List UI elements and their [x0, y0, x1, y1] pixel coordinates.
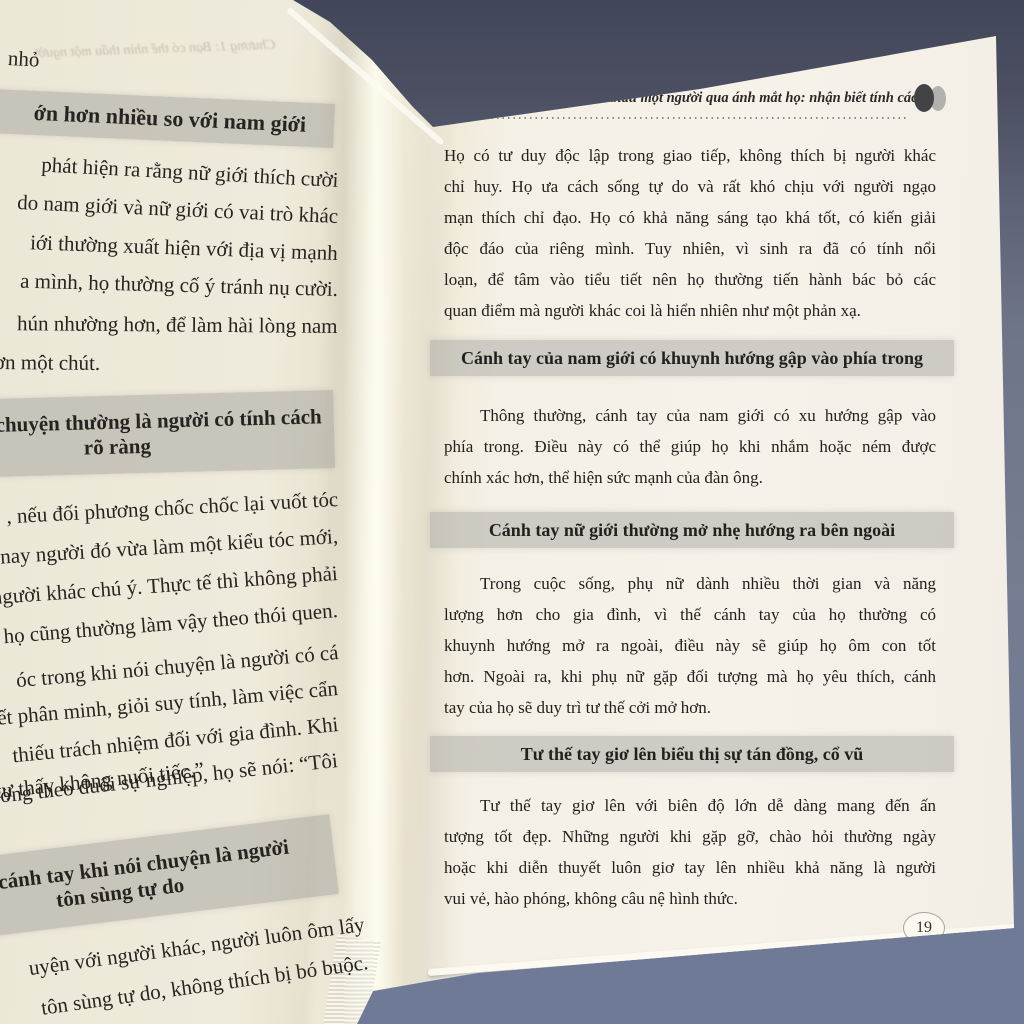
open-book: Chương 1: Bạn có thể nhìn thấu một người…: [0, 0, 1024, 1024]
showthrough-header-text: Chương 1: Bạn có thể nhìn thấu một người: [34, 38, 276, 62]
chapter-title: Bạn có thể nhìn thấu một người qua ánh m…: [509, 90, 925, 106]
text-line: mạn thích chỉ đạo. Họ có khả năng sáng t…: [444, 202, 936, 233]
text-line: hoặc khi diễn thuyết luôn giơ tay lên nh…: [444, 852, 936, 883]
section-heading-bar: chuyện thường là người có tính cách rõ r…: [0, 390, 335, 479]
section-heading-bar: Cánh tay của nam giới có khuynh hướng gậ…: [430, 340, 954, 376]
text-line: lượng hơn cho gia đình, vì thế cánh tay …: [444, 599, 936, 630]
text-line: hún nhường hơn, để làm hài lòng nam: [17, 311, 338, 339]
page-number-badge: 19: [903, 912, 945, 944]
text-line: chính xác hơn, thể hiện sức mạnh của đàn…: [444, 462, 936, 493]
book-photo: Chương 1: Bạn có thể nhìn thấu một người…: [0, 0, 1024, 1024]
text-line: tay của họ sẽ duy trì tư thế cởi mở hơn.: [444, 692, 936, 723]
paragraph: Trong cuộc sống, phụ nữ dành nhiều thời …: [444, 568, 936, 723]
left-page: Chương 1: Bạn có thể nhìn thấu một người…: [0, 0, 350, 1024]
text-line: iới thường xuất hiện với địa vị mạnh: [30, 230, 338, 266]
text-line: Họ có tư duy độc lập trong giao tiếp, kh…: [444, 140, 936, 171]
paragraph: Họ có tư duy độc lập trong giao tiếp, kh…: [444, 140, 936, 326]
paragraph: Tư thế tay giơ lên với biên độ lớn dễ dà…: [444, 790, 936, 914]
section-heading-bar: Tư thế tay giơ lên biểu thị sự tán đồng,…: [430, 736, 954, 772]
text-line: độc đáo của riêng mình. Tuy nhiên, vì si…: [444, 233, 936, 264]
text-line: Tư thế tay giơ lên với biên độ lớn dễ dà…: [444, 790, 936, 821]
text-line: do nam giới và nữ giới có vai trò khác: [17, 190, 339, 229]
ellipse-dark-icon: [914, 84, 934, 112]
text-line: hơn. Ngoài ra, khi phụ nữ gặp đối tượng …: [444, 661, 936, 692]
text-line: tượng tốt đẹp. Những người khi gặp gỡ, c…: [444, 821, 936, 852]
right-page: Chương 1: Bạn có thể nhìn thấu một người…: [430, 0, 970, 1024]
text-line: nhỏ: [7, 46, 40, 73]
text-line: khuynh hướng mở ra ngoài, điều này sẽ gi…: [444, 630, 936, 661]
text-line: ơn một chút.: [0, 350, 100, 376]
text-line: Thông thường, cánh tay của nam giới có x…: [444, 400, 936, 431]
running-header: Chương 1: Bạn có thể nhìn thấu một người…: [444, 90, 936, 107]
text-line: , nếu đối phương chốc chốc lại vuốt tóc: [6, 487, 339, 529]
text-line: loạn, để tâm vào tiểu tiết nên họ thường…: [444, 264, 936, 295]
paragraph: Thông thường, cánh tay của nam giới có x…: [444, 400, 936, 493]
section-heading-bar: ớn hơn nhiều so với nam giới: [0, 85, 335, 148]
text-line: Trong cuộc sống, phụ nữ dành nhiều thời …: [444, 568, 936, 599]
text-line: vui vẻ, hào phóng, không câu nệ hình thứ…: [444, 883, 936, 914]
text-line: phía trong. Điều này có thể giúp họ khi …: [444, 431, 936, 462]
page-number-ornament: [897, 948, 953, 955]
chapter-label: Chương 1:: [444, 90, 506, 106]
dotted-rule: [442, 117, 906, 119]
text-line: quan điểm mà người khác coi là hiển nhiê…: [444, 295, 936, 326]
chapter-ornament-icon: [914, 84, 946, 112]
text-line: phát hiện ra rằng nữ giới thích cười: [40, 152, 338, 193]
section-heading-bar: Cánh tay nữ giới thường mở nhẹ hướng ra …: [430, 512, 954, 548]
text-line: chỉ huy. Họ ưa cách sống tự do và rất kh…: [444, 171, 936, 202]
text-line: a mình, họ thường cố ý tránh nụ cười.: [20, 269, 338, 302]
section-heading: ớn hơn nhiều so với nam giới: [0, 94, 335, 139]
